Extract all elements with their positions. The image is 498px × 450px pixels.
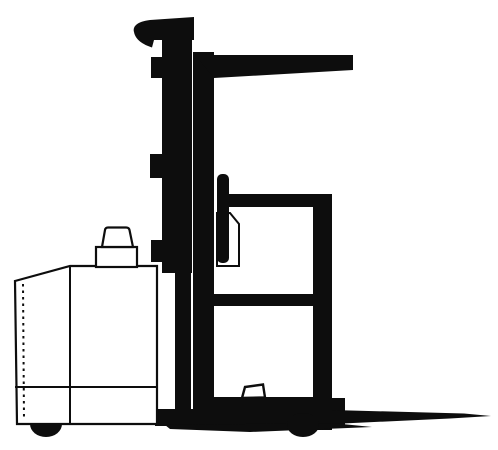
- lift-cylinder: [217, 174, 229, 263]
- fork-blade: [332, 410, 491, 424]
- floor-pedal: [242, 385, 265, 399]
- mast-tab-lower: [151, 240, 165, 262]
- console-base: [96, 247, 137, 267]
- mast-tab-middle: [150, 154, 164, 178]
- forklift-drawing-group: [15, 17, 491, 437]
- mast-lower-rail: [175, 273, 191, 409]
- platform-right-post: [313, 194, 332, 430]
- mast-upper-rail: [162, 37, 192, 273]
- overhead-guard-roof: [195, 55, 353, 78]
- platform-mid-rail: [214, 294, 314, 306]
- overhead-guard-post: [193, 52, 214, 412]
- console-cap: [102, 228, 133, 248]
- steer-wheel: [30, 424, 62, 437]
- platform-floor: [197, 397, 332, 409]
- drive-wheel: [287, 413, 319, 437]
- body-shell: [15, 266, 157, 424]
- forklift-illustration-page: [0, 0, 498, 450]
- forklift-illustration-svg: [0, 0, 498, 450]
- mast-tab-top: [151, 57, 164, 78]
